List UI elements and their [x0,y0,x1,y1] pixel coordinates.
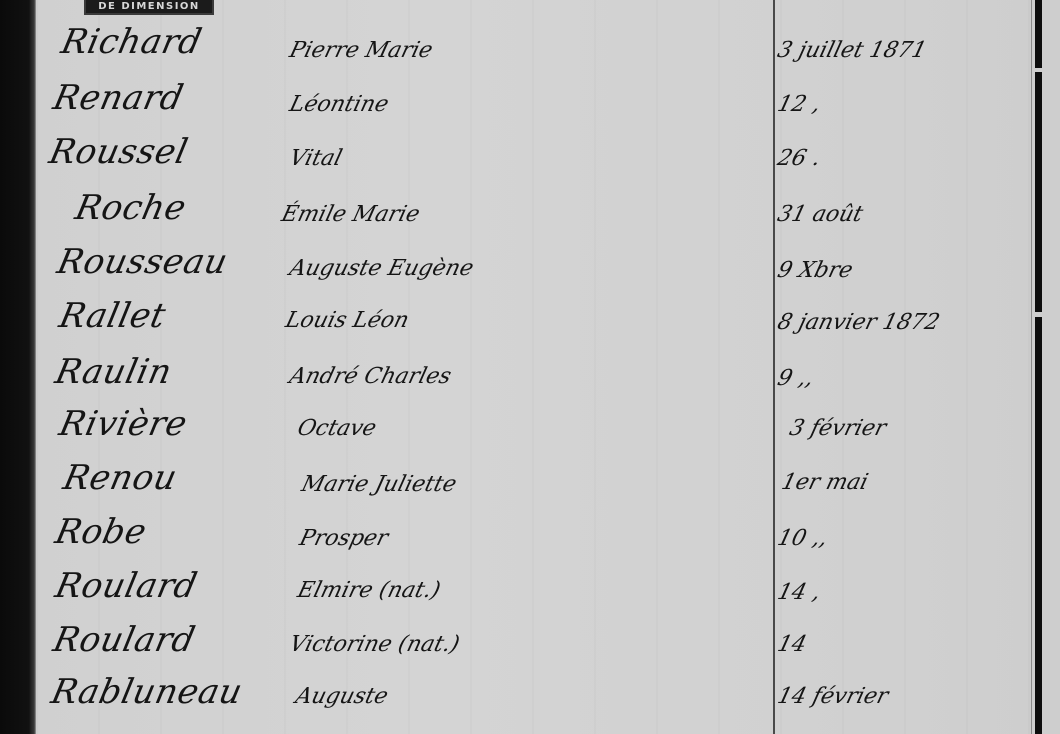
register-entry: Richard Pierre Marie 3 juillet 1871 [0,22,1060,74]
entry-date: 26 . [775,146,823,171]
register-entry: Robe Prosper 10 ,, [0,512,1060,564]
entry-given-names: Louis Léon [283,308,412,333]
entry-date: 14 [775,632,809,657]
register-entry: Roussel Vital 26 . [0,132,1060,184]
entry-surname: Robe [52,512,150,552]
register-entry: Rousseau Auguste Eugène 9 Xbre [0,242,1060,294]
entry-surname: Renard [50,78,187,118]
register-entry: Rabluneau Auguste 14 février [0,672,1060,724]
entry-given-names: Auguste [293,684,391,709]
entry-date: 14 , [775,580,823,605]
entry-surname: Rousseau [54,242,232,282]
entry-surname: Roulard [50,620,199,660]
register-entry: Renou Marie Juliette 1er mai [0,458,1060,510]
entry-surname: Rallet [56,296,170,336]
archive-stamp: DE DIMENSION [84,0,214,15]
entry-given-names: Léontine [287,92,391,117]
entry-given-names: Auguste Eugène [287,256,476,281]
entry-date: 3 février [787,416,889,441]
entry-date: 9 Xbre [775,258,856,283]
register-entry: Roche Émile Marie 31 août [0,188,1060,240]
register-entry: Roulard Elmire (nat.) 14 , [0,566,1060,618]
entry-given-names: Vital [287,146,345,171]
entry-surname: Renou [60,458,181,498]
entry-given-names: Pierre Marie [287,38,435,63]
entry-surname: Rivière [56,404,191,444]
entry-date: 8 janvier 1872 [775,310,942,335]
entry-surname: Roussel [46,132,192,172]
entry-given-names: Marie Juliette [299,472,459,497]
register-entry: Rallet Louis Léon 8 janvier 1872 [0,296,1060,348]
entry-surname: Raulin [52,352,176,392]
register-page: DE DIMENSION Richard Pierre Marie 3 juil… [0,0,1060,734]
entry-date: 10 ,, [775,526,830,551]
entry-surname: Richard [58,22,206,62]
entry-surname: Rabluneau [48,672,246,712]
register-entry: Renard Léontine 12 , [0,78,1060,130]
entry-date: 31 août [775,202,866,227]
entry-surname: Roche [72,188,190,228]
entry-date: 14 février [775,684,891,709]
entry-given-names: Elmire (nat.) [295,578,443,603]
entry-given-names: Prosper [297,526,391,551]
entry-given-names: Émile Marie [279,202,422,227]
entry-date: 1er mai [779,470,871,495]
entry-given-names: André Charles [287,364,454,389]
entry-date: 9 ,, [775,366,816,391]
entry-given-names: Octave [295,416,379,441]
entry-date: 3 juillet 1871 [775,38,929,63]
register-entry: Raulin André Charles 9 ,, [0,352,1060,404]
entry-date: 12 , [775,92,823,117]
register-entry: Roulard Victorine (nat.) 14 [0,620,1060,672]
entry-given-names: Victorine (nat.) [287,632,462,657]
entry-surname: Roulard [52,566,201,606]
register-entry: Rivière Octave 3 février [0,404,1060,456]
